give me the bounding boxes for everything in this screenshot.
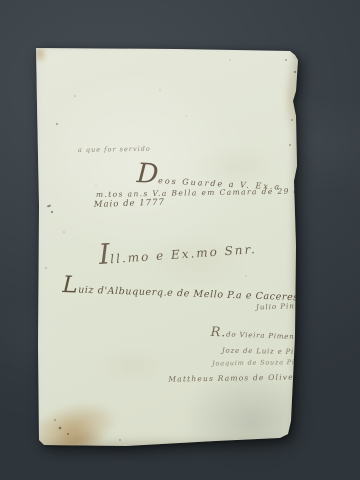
closing-line-place-date: m.tos an.s V.a Bella em Camara de 29 de: [96, 186, 306, 199]
bottom-left-stain: [6, 383, 138, 476]
closing-line-year: Maio de 1777: [94, 198, 165, 210]
photo-of-manuscript: a que for servido Deos Guarde a V. Ex.a …: [0, 0, 360, 480]
manuscript-paper: a que for servido Deos Guarde a V. Ex.a …: [36, 46, 298, 446]
paper-shadow: a que for servido Deos Guarde a V. Ex.a …: [36, 46, 298, 446]
bottom-left-stain-dark: [36, 417, 119, 464]
signature-line: Joze de Luiz e Pinto: [188, 346, 308, 356]
signature-line: Mattheus Ramos de Oliveira: [152, 372, 308, 384]
fragment-line: a que for servido: [78, 145, 151, 154]
top-left-corner-stain: [31, 42, 49, 66]
addressee-line: Luiz d'Albuquerq.e de Mello P.a e Cacere…: [62, 272, 299, 306]
signature-line: R.do Vieira Pimentel: [184, 324, 306, 343]
signature-line: Joaquim de Souza Pinto: [184, 358, 308, 368]
signature-line: Julio Pinto: [186, 302, 304, 314]
right-edge-stain: [282, 50, 300, 145]
salutation-line: Ill.mo e Ex.mo Snr.: [98, 227, 258, 271]
